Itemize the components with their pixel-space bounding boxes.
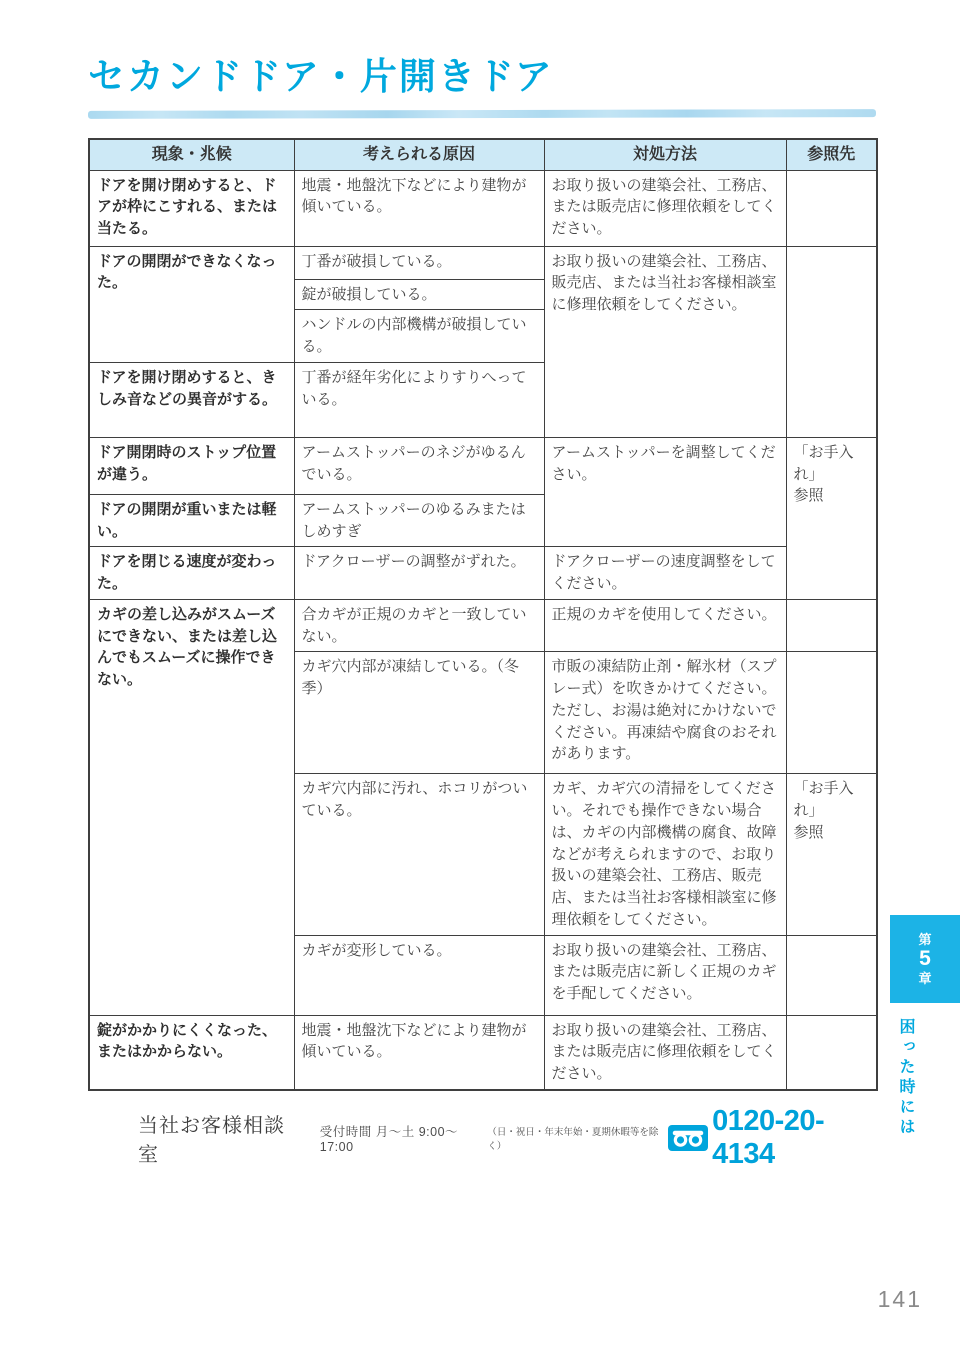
cause-cell: 丁番が経年劣化によりすりへっている。	[294, 362, 544, 437]
contact-label: 当社お客様相談室	[138, 1109, 298, 1167]
table-row: ドアの開閉ができなくなった。 丁番が破損している。 お取り扱いの建築会社、工務店…	[89, 246, 877, 279]
cause-cell: 地震・地盤沈下などにより建物が傾いている。	[294, 170, 544, 246]
remedy-cell: お取り扱いの建築会社、工務店、または販売店に新しく正規のカギを手配してください。	[544, 935, 786, 1015]
cause-cell: アームストッパーのネジがゆるんでいる。	[294, 437, 544, 494]
remedy-cell: アームストッパーを調整してください。	[544, 437, 786, 547]
symptom-cell: ドアを開け閉めすると、きしみ音などの異音がする。	[89, 362, 294, 437]
remedy-cell: カギ、カギ穴の清掃をしてください。それでも操作できない場合は、カギの内部機構の腐…	[544, 774, 786, 935]
reference-cell	[786, 652, 877, 774]
table-row: 錠がかかりにくくなった、またはかからない。 地震・地盤沈下などにより建物が傾いて…	[89, 1015, 877, 1090]
reference-cell	[786, 599, 877, 652]
chapter-tab-number: 5	[919, 947, 931, 970]
remedy-cell: 市販の凍結防止剤・解氷材（スプレー式）を吹きかけてください。ただし、お湯は絶対に…	[544, 652, 786, 774]
contact-footer: 当社お客様相談室 受付時間 月～土 9:00～17:00 （日・祝日・年末年始・…	[138, 1105, 876, 1171]
cause-cell: ハンドルの内部機構が破損している。	[294, 310, 544, 363]
table-row: ドアを閉じる速度が変わった。 ドアクローザーの調整がずれた。 ドアクローザーの速…	[89, 547, 877, 600]
freedial-icon	[668, 1125, 708, 1151]
page-content: セカンドドア・片開きドア 現象・兆候 考えられる原因 対処方法 参照先 ドアを開…	[88, 56, 876, 1171]
header-symptom: 現象・兆候	[89, 139, 294, 170]
cause-cell: 丁番が破損している。	[294, 246, 544, 279]
symptom-cell: ドアの開閉が重いまたは軽い。	[89, 494, 294, 547]
cause-cell: アームストッパーのゆるみまたはしめすぎ	[294, 494, 544, 547]
chapter-label: 困った時には	[894, 1018, 917, 1188]
reference-cell	[786, 246, 877, 437]
chapter-tab: 第 5 章	[890, 915, 960, 1003]
chapter-tab-suffix: 章	[918, 971, 931, 987]
cause-cell: カギ穴内部が凍結している。（冬季）	[294, 652, 544, 774]
reference-cell	[786, 170, 877, 246]
table-row: ドアを開け閉めすると、ドアが枠にこすれる、または当たる。 地震・地盤沈下などによ…	[89, 170, 877, 246]
reference-cell: 「お手入れ」 参照	[786, 774, 877, 935]
remedy-cell: ドアクローザーの速度調整をしてください。	[544, 547, 786, 600]
page-title: セカンドドア・片開きドア	[88, 56, 876, 97]
contact-hours: 受付時間 月～土 9:00～17:00	[320, 1122, 484, 1154]
remedy-cell: お取り扱いの建築会社、工務店、または販売店に修理依頼をしてください。	[544, 1015, 786, 1090]
symptom-cell: 錠がかかりにくくなった、またはかからない。	[89, 1015, 294, 1090]
reference-cell	[786, 1015, 877, 1090]
symptom-cell: ドア開閉時のストップ位置が違う。	[89, 437, 294, 494]
header-remedy: 対処方法	[544, 139, 786, 170]
phone-number: 0120-20-4134	[712, 1105, 876, 1171]
table-header-row: 現象・兆候 考えられる原因 対処方法 参照先	[89, 139, 877, 170]
remedy-cell: お取り扱いの建築会社、工務店、または販売店に修理依頼をしてください。	[544, 170, 786, 246]
remedy-cell: お取り扱いの建築会社、工務店、販売店、または当社お客様相談室に修理依頼をしてくだ…	[544, 246, 786, 437]
reference-cell	[786, 935, 877, 1015]
remedy-cell: 正規のカギを使用してください。	[544, 599, 786, 652]
page-number: 141	[878, 1286, 922, 1313]
cause-cell: 錠が破損している。	[294, 279, 544, 310]
symptom-cell: ドアの開閉ができなくなった。	[89, 246, 294, 362]
chapter-tab-prefix: 第	[918, 932, 931, 948]
phone-group: 0120-20-4134	[668, 1105, 876, 1171]
header-reference: 参照先	[786, 139, 877, 170]
header-cause: 考えられる原因	[294, 139, 544, 170]
cause-cell: 地震・地盤沈下などにより建物が傾いている。	[294, 1015, 544, 1090]
title-underline-decoration	[88, 110, 876, 120]
reference-cell: 「お手入れ」 参照	[786, 437, 877, 599]
symptom-cell: ドアを閉じる速度が変わった。	[89, 547, 294, 600]
symptom-cell: カギの差し込みがスムーズにできない、または差し込んでもスムーズに操作できない。	[89, 599, 294, 1015]
cause-cell: カギ穴内部に汚れ、ホコリがついている。	[294, 774, 544, 935]
troubleshooting-table: 現象・兆候 考えられる原因 対処方法 参照先 ドアを開け閉めすると、ドアが枠にこ…	[88, 138, 878, 1090]
cause-cell: ドアクローザーの調整がずれた。	[294, 547, 544, 600]
table-row: ドア開閉時のストップ位置が違う。 アームストッパーのネジがゆるんでいる。 アーム…	[89, 437, 877, 494]
table-row: カギの差し込みがスムーズにできない、または差し込んでもスムーズに操作できない。 …	[89, 599, 877, 652]
cause-cell: カギが変形している。	[294, 935, 544, 1015]
symptom-cell: ドアを開け閉めすると、ドアが枠にこすれる、または当たる。	[89, 170, 294, 246]
cause-cell: 合カギが正規のカギと一致していない。	[294, 599, 544, 652]
manual-page: セカンドドア・片開きドア 現象・兆候 考えられる原因 対処方法 参照先 ドアを開…	[0, 0, 960, 1358]
contact-hours-note: （日・祝日・年末年始・夏期休暇等を除く）	[487, 1124, 668, 1152]
